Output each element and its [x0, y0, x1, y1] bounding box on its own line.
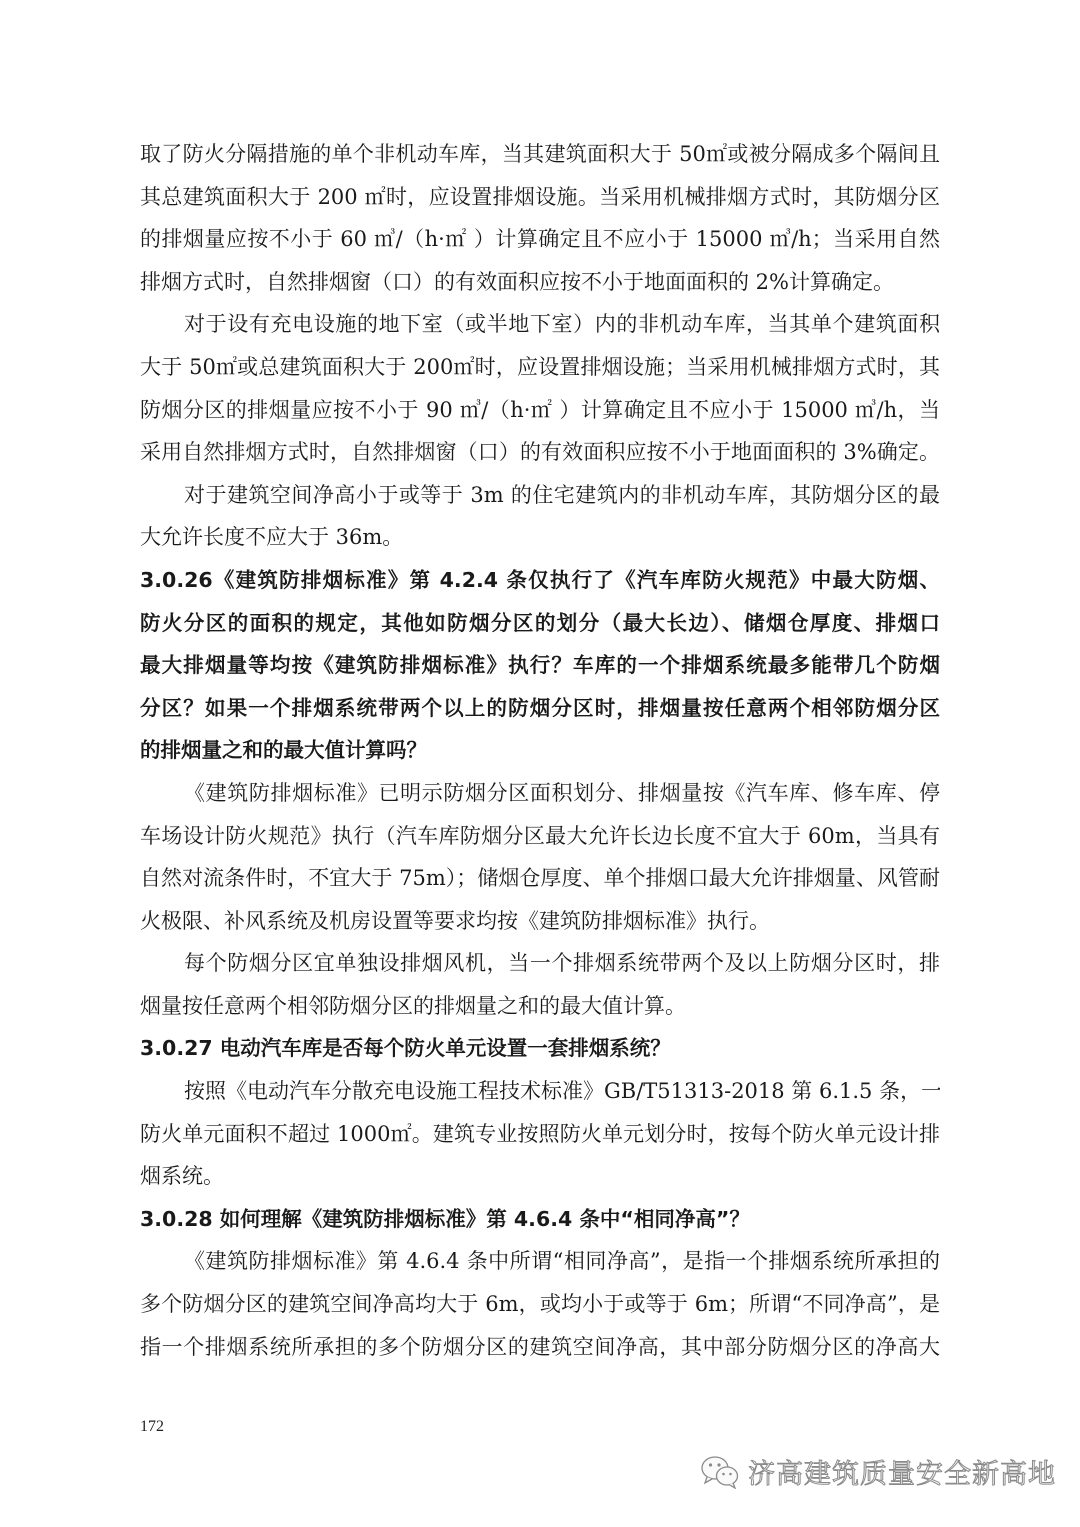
text-line: 取了防火分隔措施的单个非机动车库，当其建筑面积大于 50㎡或被分隔成多个隔间且 [140, 133, 940, 176]
paragraph: 取了防火分隔措施的单个非机动车库，当其建筑面积大于 50㎡或被分隔成多个隔间且 … [140, 133, 940, 303]
text-line: 《建筑防排烟标准》第 4.6.4 条中所谓“相同净高”，是指一个排烟系统所承担的 [140, 1240, 940, 1283]
document-page: 取了防火分隔措施的单个非机动车库，当其建筑面积大于 50㎡或被分隔成多个隔间且 … [140, 133, 940, 1368]
text-line: 大于 50㎡或总建筑面积大于 200㎡时，应设置排烟设施；当采用机械排烟方式时，… [140, 346, 940, 389]
paragraph: 《建筑防排烟标准》第 4.6.4 条中所谓“相同净高”，是指一个排烟系统所承担的… [140, 1240, 940, 1368]
text-line: 3.0.28 如何理解《建筑防排烟标准》第 4.6.4 条中“相同净高”？ [140, 1198, 940, 1241]
text-line: 防火单元面积不超过 1000㎡。建筑专业按照防火单元划分时，按每个防火单元设计排 [140, 1113, 940, 1156]
question-heading-3-0-26: 3.0.26《建筑防排烟标准》第 4.2.4 条仅执行了《汽车库防火规范》中最大… [140, 559, 940, 772]
text-line: 大允许长度不应大于 36m。 [140, 516, 940, 559]
text-line: 车场设计防火规范》执行（汽车库防烟分区最大允许长边长度不宜大于 60m，当具有 [140, 815, 940, 858]
text-line: 3.0.26《建筑防排烟标准》第 4.2.4 条仅执行了《汽车库防火规范》中最大… [140, 559, 940, 602]
text-line: 每个防烟分区宜单独设排烟风机，当一个排烟系统带两个及以上防烟分区时，排 [140, 942, 940, 985]
text-line: 多个防烟分区的建筑空间净高均大于 6m，或均小于或等于 6m；所谓“不同净高”，… [140, 1283, 940, 1326]
question-heading-3-0-27: 3.0.27 电动汽车库是否每个防火单元设置一套排烟系统？ [140, 1027, 940, 1070]
text-line: 采用自然排烟方式时，自然排烟窗（口）的有效面积应按不小于地面面积的 3%确定。 [140, 431, 940, 474]
text-line: 排烟方式时，自然排烟窗（口）的有效面积应按不小于地面面积的 2%计算确定。 [140, 261, 940, 304]
text-line: 烟系统。 [140, 1155, 940, 1198]
text-line: 《建筑防排烟标准》已明示防烟分区面积划分、排烟量按《汽车库、修车库、停 [140, 772, 940, 815]
question-heading-3-0-28: 3.0.28 如何理解《建筑防排烟标准》第 4.6.4 条中“相同净高”？ [140, 1198, 940, 1241]
watermark-text: 济高建筑质量安全新高地 [748, 1452, 1056, 1491]
paragraph: 对于设有充电设施的地下室（或半地下室）内的非机动车库，当其单个建筑面积 大于 5… [140, 303, 940, 473]
paragraph: 对于建筑空间净高小于或等于 3m 的住宅建筑内的非机动车库，其防烟分区的最 大允… [140, 474, 940, 559]
text-line: 防火分区的面积的规定，其他如防烟分区的划分（最大长边）、储烟仓厚度、排烟口 [140, 602, 940, 645]
text-line: 按照《电动汽车分散充电设施工程技术标准》GB/T51313-2018 第 6.1… [140, 1070, 940, 1113]
text-line: 对于设有充电设施的地下室（或半地下室）内的非机动车库，当其单个建筑面积 [140, 303, 940, 346]
text-line: 自然对流条件时，不宜大于 75m）；储烟仓厚度、单个排烟口最大允许排烟量、风管耐 [140, 857, 940, 900]
page-number: 172 [140, 1418, 164, 1436]
wechat-icon [700, 1455, 740, 1489]
text-line: 火极限、补风系统及机房设置等要求均按《建筑防排烟标准》执行。 [140, 900, 940, 943]
paragraph: 《建筑防排烟标准》已明示防烟分区面积划分、排烟量按《汽车库、修车库、停 车场设计… [140, 772, 940, 942]
text-line: 指一个排烟系统所承担的多个防烟分区的建筑空间净高，其中部分防烟分区的净高大 [140, 1326, 940, 1369]
text-line: 防烟分区的排烟量应按不小于 90 ㎥/（h·㎡ ）计算确定且不应小于 15000… [140, 389, 940, 432]
text-line: 其总建筑面积大于 200 ㎡时，应设置排烟设施。当采用机械排烟方式时，其防烟分区 [140, 176, 940, 219]
text-line: 3.0.27 电动汽车库是否每个防火单元设置一套排烟系统？ [140, 1027, 940, 1070]
paragraph: 每个防烟分区宜单独设排烟风机，当一个排烟系统带两个及以上防烟分区时，排 烟量按任… [140, 942, 940, 1027]
text-line: 的排烟量应按不小于 60 ㎥/（h·㎡ ）计算确定且不应小于 15000 ㎥/h… [140, 218, 940, 261]
text-line: 的排烟量之和的最大值计算吗？ [140, 729, 940, 772]
text-line: 分区？如果一个排烟系统带两个以上的防烟分区时，排烟量按任意两个相邻防烟分区 [140, 687, 940, 730]
text-line: 对于建筑空间净高小于或等于 3m 的住宅建筑内的非机动车库，其防烟分区的最 [140, 474, 940, 517]
watermark: 济高建筑质量安全新高地 [700, 1452, 1056, 1491]
paragraph: 按照《电动汽车分散充电设施工程技术标准》GB/T51313-2018 第 6.1… [140, 1070, 940, 1198]
text-line: 最大排烟量等均按《建筑防排烟标准》执行？车库的一个排烟系统最多能带几个防烟 [140, 644, 940, 687]
text-line: 烟量按任意两个相邻防烟分区的排烟量之和的最大值计算。 [140, 985, 940, 1028]
